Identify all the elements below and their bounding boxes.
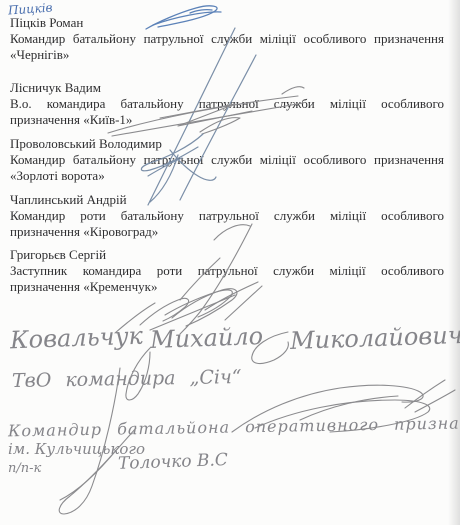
scan-shadow-edge [448, 0, 460, 525]
official-title-unit: призначення «Київ-1» [10, 112, 444, 128]
official-name: Піцків Роман [10, 15, 444, 31]
official-title-unit: «Зорлоті ворота» [10, 168, 444, 184]
official-block-5: Григорьєв Сергій Заступник командира рот… [10, 247, 444, 295]
handwritten-role-line: ТвО командира „Січ“ [12, 366, 242, 392]
handwritten-signer-name: Толочко В.С [118, 450, 229, 474]
official-title-line: В.о. командира батальйону патрульної слу… [10, 96, 444, 112]
handwritten-surname: Ковальчук [10, 322, 144, 355]
official-name: Проволовський Володимир [10, 136, 444, 152]
official-block-3: Проволовський Володимир Командир батальй… [10, 136, 444, 184]
handwritten-patronymic: Миколайович [290, 321, 460, 355]
official-title-line: Командир роти батальйону патрульної служ… [10, 208, 444, 224]
official-title-unit: призначення «Кременчук» [10, 279, 444, 295]
handwritten-rank-abbreviation: п/п-к [8, 461, 41, 476]
official-title-unit: призначення «Кіровоград» [10, 224, 444, 240]
official-name: Чаплинський Андрій [10, 192, 444, 208]
official-block-1: Піцків Роман Командир батальйону патруль… [10, 15, 444, 63]
official-title-line: Командир батальйону патрульної служби мі… [10, 152, 444, 168]
official-name: Григорьєв Сергій [10, 247, 444, 263]
official-block-2: Лісничук Вадим В.о. командира батальйону… [10, 80, 444, 128]
handwritten-first-name: Михайло [150, 322, 264, 354]
official-title-line: Заступник командира роти патрульної служ… [10, 263, 444, 279]
official-block-4: Чаплинський Андрій Командир роти батальй… [10, 192, 444, 240]
official-title-line: Командир батальйону патрульної служби мі… [10, 31, 444, 47]
official-name: Лісничук Вадим [10, 80, 444, 96]
official-title-unit: «Чернігів» [10, 47, 444, 63]
scanned-document-page: Піцків Роман Командир батальйону патруль… [0, 0, 460, 525]
handwritten-bottom-title: Командир батальйона оперативного признач… [8, 413, 460, 441]
